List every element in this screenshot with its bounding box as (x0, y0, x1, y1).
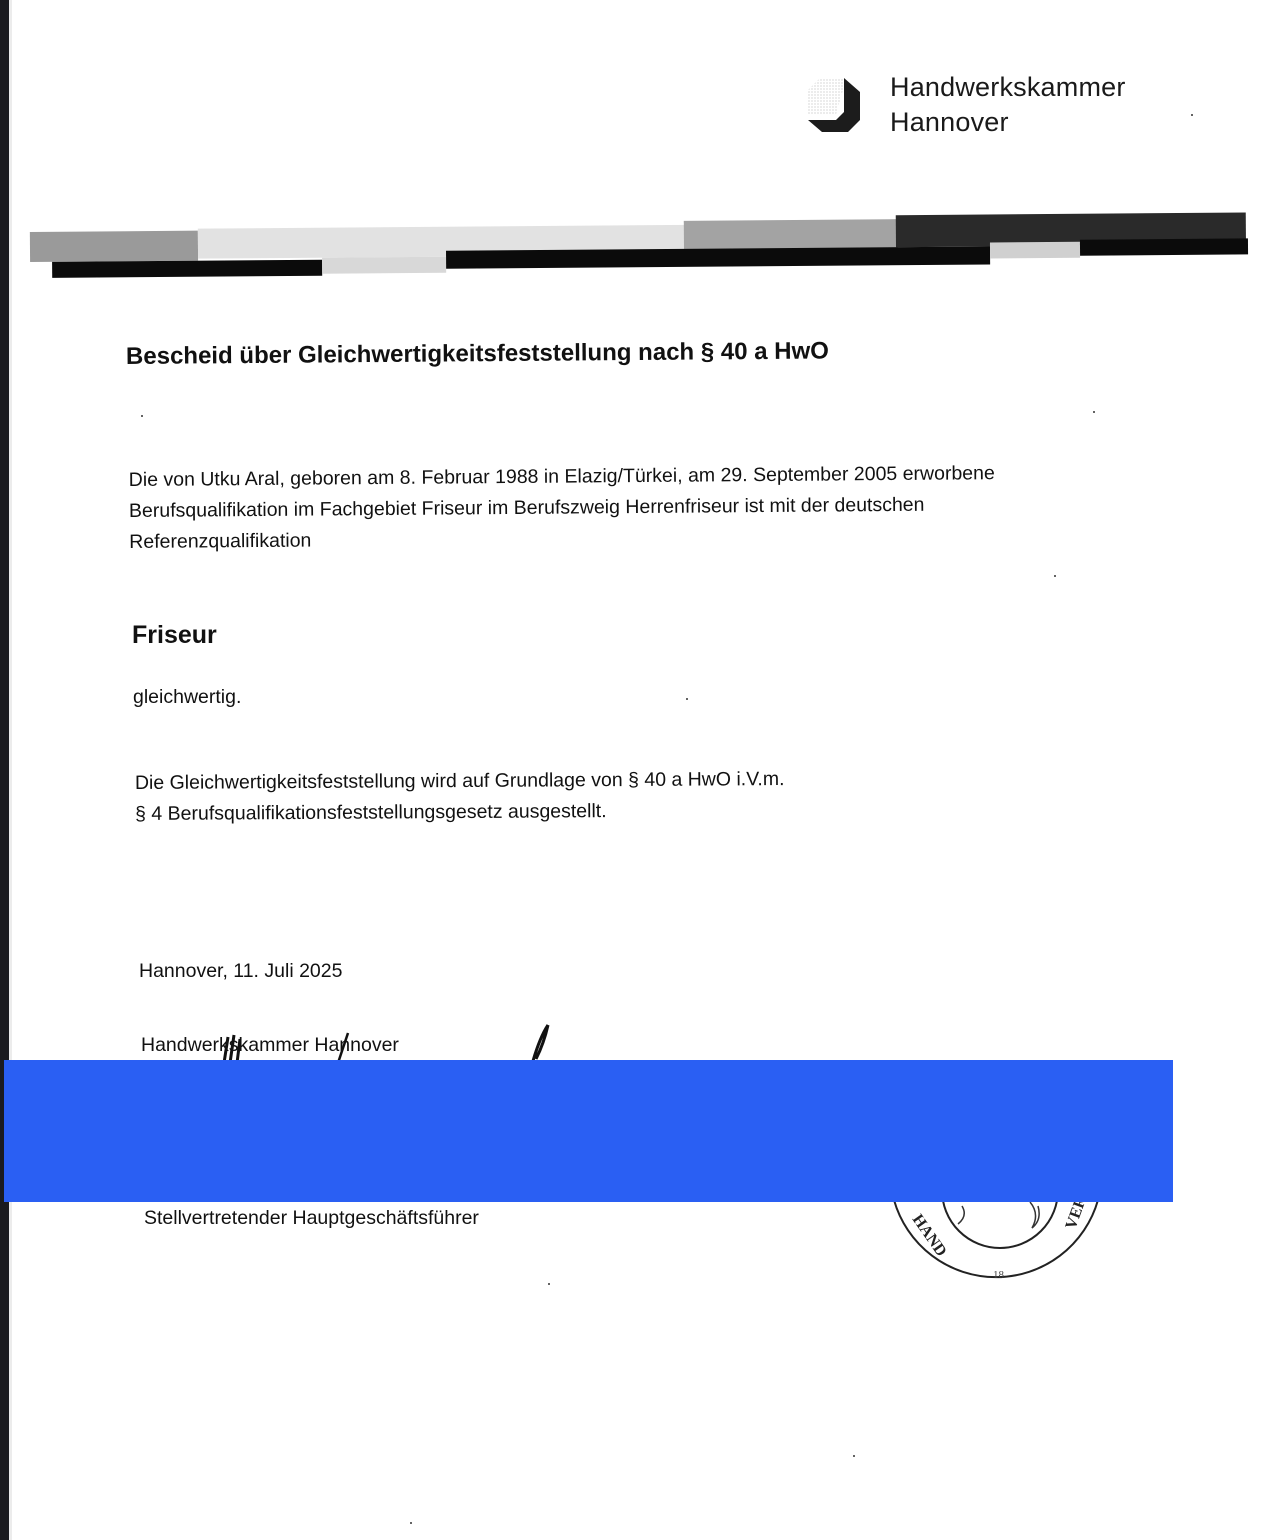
scan-speck (686, 698, 688, 700)
scan-speck (410, 1522, 412, 1524)
scan-speck (548, 1283, 550, 1285)
legal-basis-line: § 4 Berufsqualifikationsfeststellungsges… (135, 795, 785, 830)
signature (200, 1015, 580, 1065)
org-name-line1: Handwerkskammer (890, 70, 1126, 105)
redaction-box (4, 1060, 1173, 1202)
stamp-number: 18 (993, 1269, 1005, 1281)
equivalence-result: gleichwertig. (133, 686, 241, 709)
document-title: Bescheid über Gleichwertigkeitsfeststell… (126, 337, 829, 371)
legal-basis-line: Die Gleichwertigkeitsfeststellung wird a… (135, 764, 785, 799)
scan-speck (853, 1455, 855, 1457)
scan-speck (1191, 114, 1193, 116)
legal-basis: Die Gleichwertigkeitsfeststellung wird a… (135, 764, 785, 830)
reference-qualification: Friseur (132, 621, 217, 650)
header-decorative-band (30, 208, 1250, 284)
viewer-left-edge (0, 0, 9, 1540)
qualification-statement: Die von Utku Aral, geboren am 8. Februar… (129, 458, 996, 558)
signer-role: Stellvertretender Hauptgeschäftsführer (144, 1207, 479, 1230)
scan-speck (1093, 411, 1095, 413)
page-shadow (9, 0, 12, 1540)
scan-speck (141, 415, 143, 417)
scan-speck (1054, 575, 1056, 577)
org-name: Handwerkskammer Hannover (890, 70, 1126, 140)
statement-line: Referenzqualifikation (129, 520, 995, 558)
place-date: Hannover, 11. Juli 2025 (139, 960, 342, 983)
org-name-line2: Hannover (890, 105, 1126, 140)
handwerkskammer-logo-icon (808, 76, 864, 134)
